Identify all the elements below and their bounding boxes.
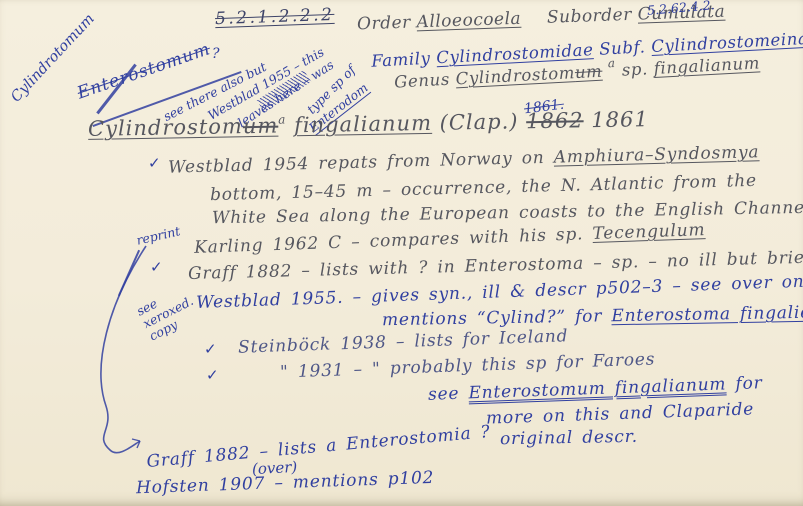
title-author: (Clap.) [439, 109, 518, 134]
note-steinbock-1938: Steinböck 1938 – lists for Iceland [238, 326, 569, 358]
crossref-line3: original descr. [500, 427, 638, 449]
title-genus-correction: a [278, 112, 286, 126]
note-mentions-cylind: mentions “Cylind?” for Enterostoma finga… [382, 302, 803, 330]
crossref-taxon: Enterostomum fingalianum [468, 374, 726, 403]
title-genus-root: Cylindrostom [88, 114, 243, 141]
title-species: fingalianum [294, 111, 432, 137]
note-text: Westblad 1954 repats from Norway on [168, 148, 554, 178]
catalog-card: 5.2.1.2.2.2 Order Alloeocoela Suborder C… [0, 0, 803, 506]
suborder-label: Suborder [547, 5, 633, 28]
checkmark: ✓ [206, 366, 219, 384]
taxon-underlined: Amphiura–Syndosmya [553, 142, 759, 167]
crossref-line2: more on this and Claparide [486, 399, 755, 428]
title-genus-struck: um [243, 114, 279, 139]
family-label: Family [371, 49, 431, 71]
note-text: for [726, 373, 763, 394]
order-name: Alloeocoela [416, 9, 521, 33]
genus-root: Cylindrostom [455, 63, 575, 88]
note-text: Karling 1962 C – compares with his sp. [194, 224, 593, 258]
subfamily-label: Subf. [599, 37, 646, 58]
brace-curve [88, 240, 158, 470]
checkmark: ✓ [204, 340, 217, 358]
title-genus: Cylindrostomum [88, 114, 279, 141]
taxon-underlined: Tecengulum [592, 220, 706, 244]
note-steinbock-1931: " 1931 – " probably this sp for Faroes [280, 349, 656, 382]
crossed-out-code: 5.2.1.2.2.2 [215, 5, 335, 29]
checkmark: ✓ [148, 154, 161, 172]
genus-label: Genus [394, 70, 451, 92]
note-text: see [428, 383, 469, 404]
question-mark: ? [212, 46, 220, 62]
subfamily-name: Cylindrostomeinae [651, 28, 803, 56]
title-year: 1861 [591, 107, 649, 132]
note-graff-1882-bottom: Graff 1882 – lists a Enterostomia ? [146, 422, 492, 472]
genus-name: Cylindrostomum [455, 62, 603, 89]
genus-struck-ending: um [574, 62, 602, 82]
species-label: sp. [621, 59, 648, 79]
order-label: Order [357, 13, 411, 35]
genus-correction: a [607, 56, 615, 70]
note-hofsten-1907: Hofsten 1907 – mentions p102 [136, 468, 435, 498]
taxon-underlined: Enterostoma fingaliensium [611, 302, 803, 326]
species-name: fingalianum [653, 53, 760, 78]
note-text: mentions “Cylind?” for [382, 306, 612, 330]
